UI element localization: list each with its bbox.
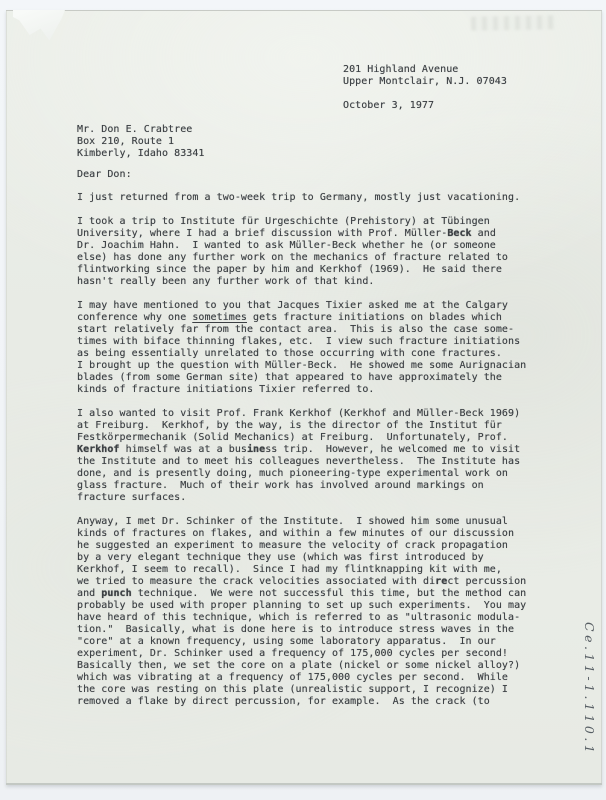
letter-body: I just returned from a two-week trip to … — [77, 192, 559, 720]
handwritten-archive-number: Ce.11-1.110.1 — [581, 622, 597, 792]
paragraph: I may have mentioned to you that Jacques… — [77, 300, 559, 396]
paragraph: I also wanted to visit Prof. Frank Kerkh… — [77, 408, 559, 504]
recipient-address: Mr. Don E. Crabtree Box 210, Route 1 Kim… — [77, 124, 204, 160]
paragraph: I just returned from a two-week trip to … — [77, 192, 559, 204]
letter-date: October 3, 1977 — [343, 100, 434, 112]
sender-address: 201 Highland Avenue Upper Montclair, N.J… — [343, 64, 507, 88]
paragraph: I took a trip to Institute für Urgeschic… — [77, 216, 559, 288]
document-scan: 201 Highland Avenue Upper Montclair, N.J… — [0, 0, 606, 800]
salutation: Dear Don: — [77, 169, 132, 181]
paragraph: Anyway, I met Dr. Schinker of the Instit… — [77, 516, 559, 708]
faint-stamp-mark — [471, 15, 555, 30]
